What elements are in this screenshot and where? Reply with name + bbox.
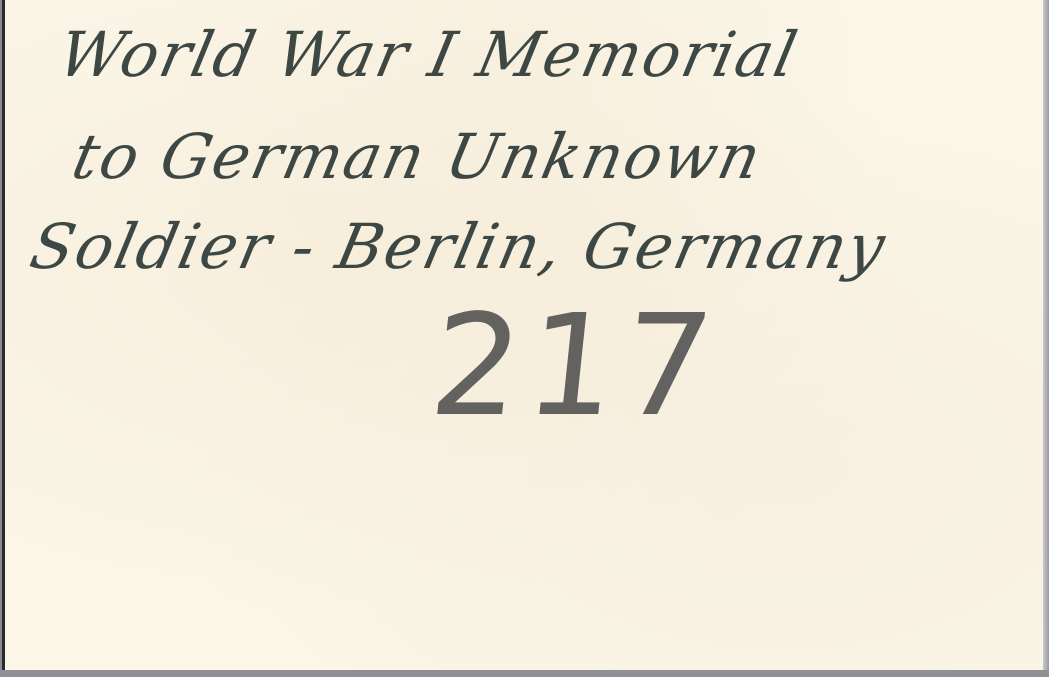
handwritten-line-2: to German Unknown <box>66 120 769 193</box>
postcard-back: World War I Memorial to German Unknown S… <box>2 0 1043 670</box>
handwritten-line-1: World War I Memorial <box>52 18 805 91</box>
handwritten-line-3: Soldier - Berlin, Germany <box>24 210 893 283</box>
card-left-edge <box>2 0 5 670</box>
scan-background-bottom <box>0 670 1049 677</box>
scan-background-right <box>1043 0 1049 677</box>
pencil-catalog-number: 217 <box>423 285 725 448</box>
